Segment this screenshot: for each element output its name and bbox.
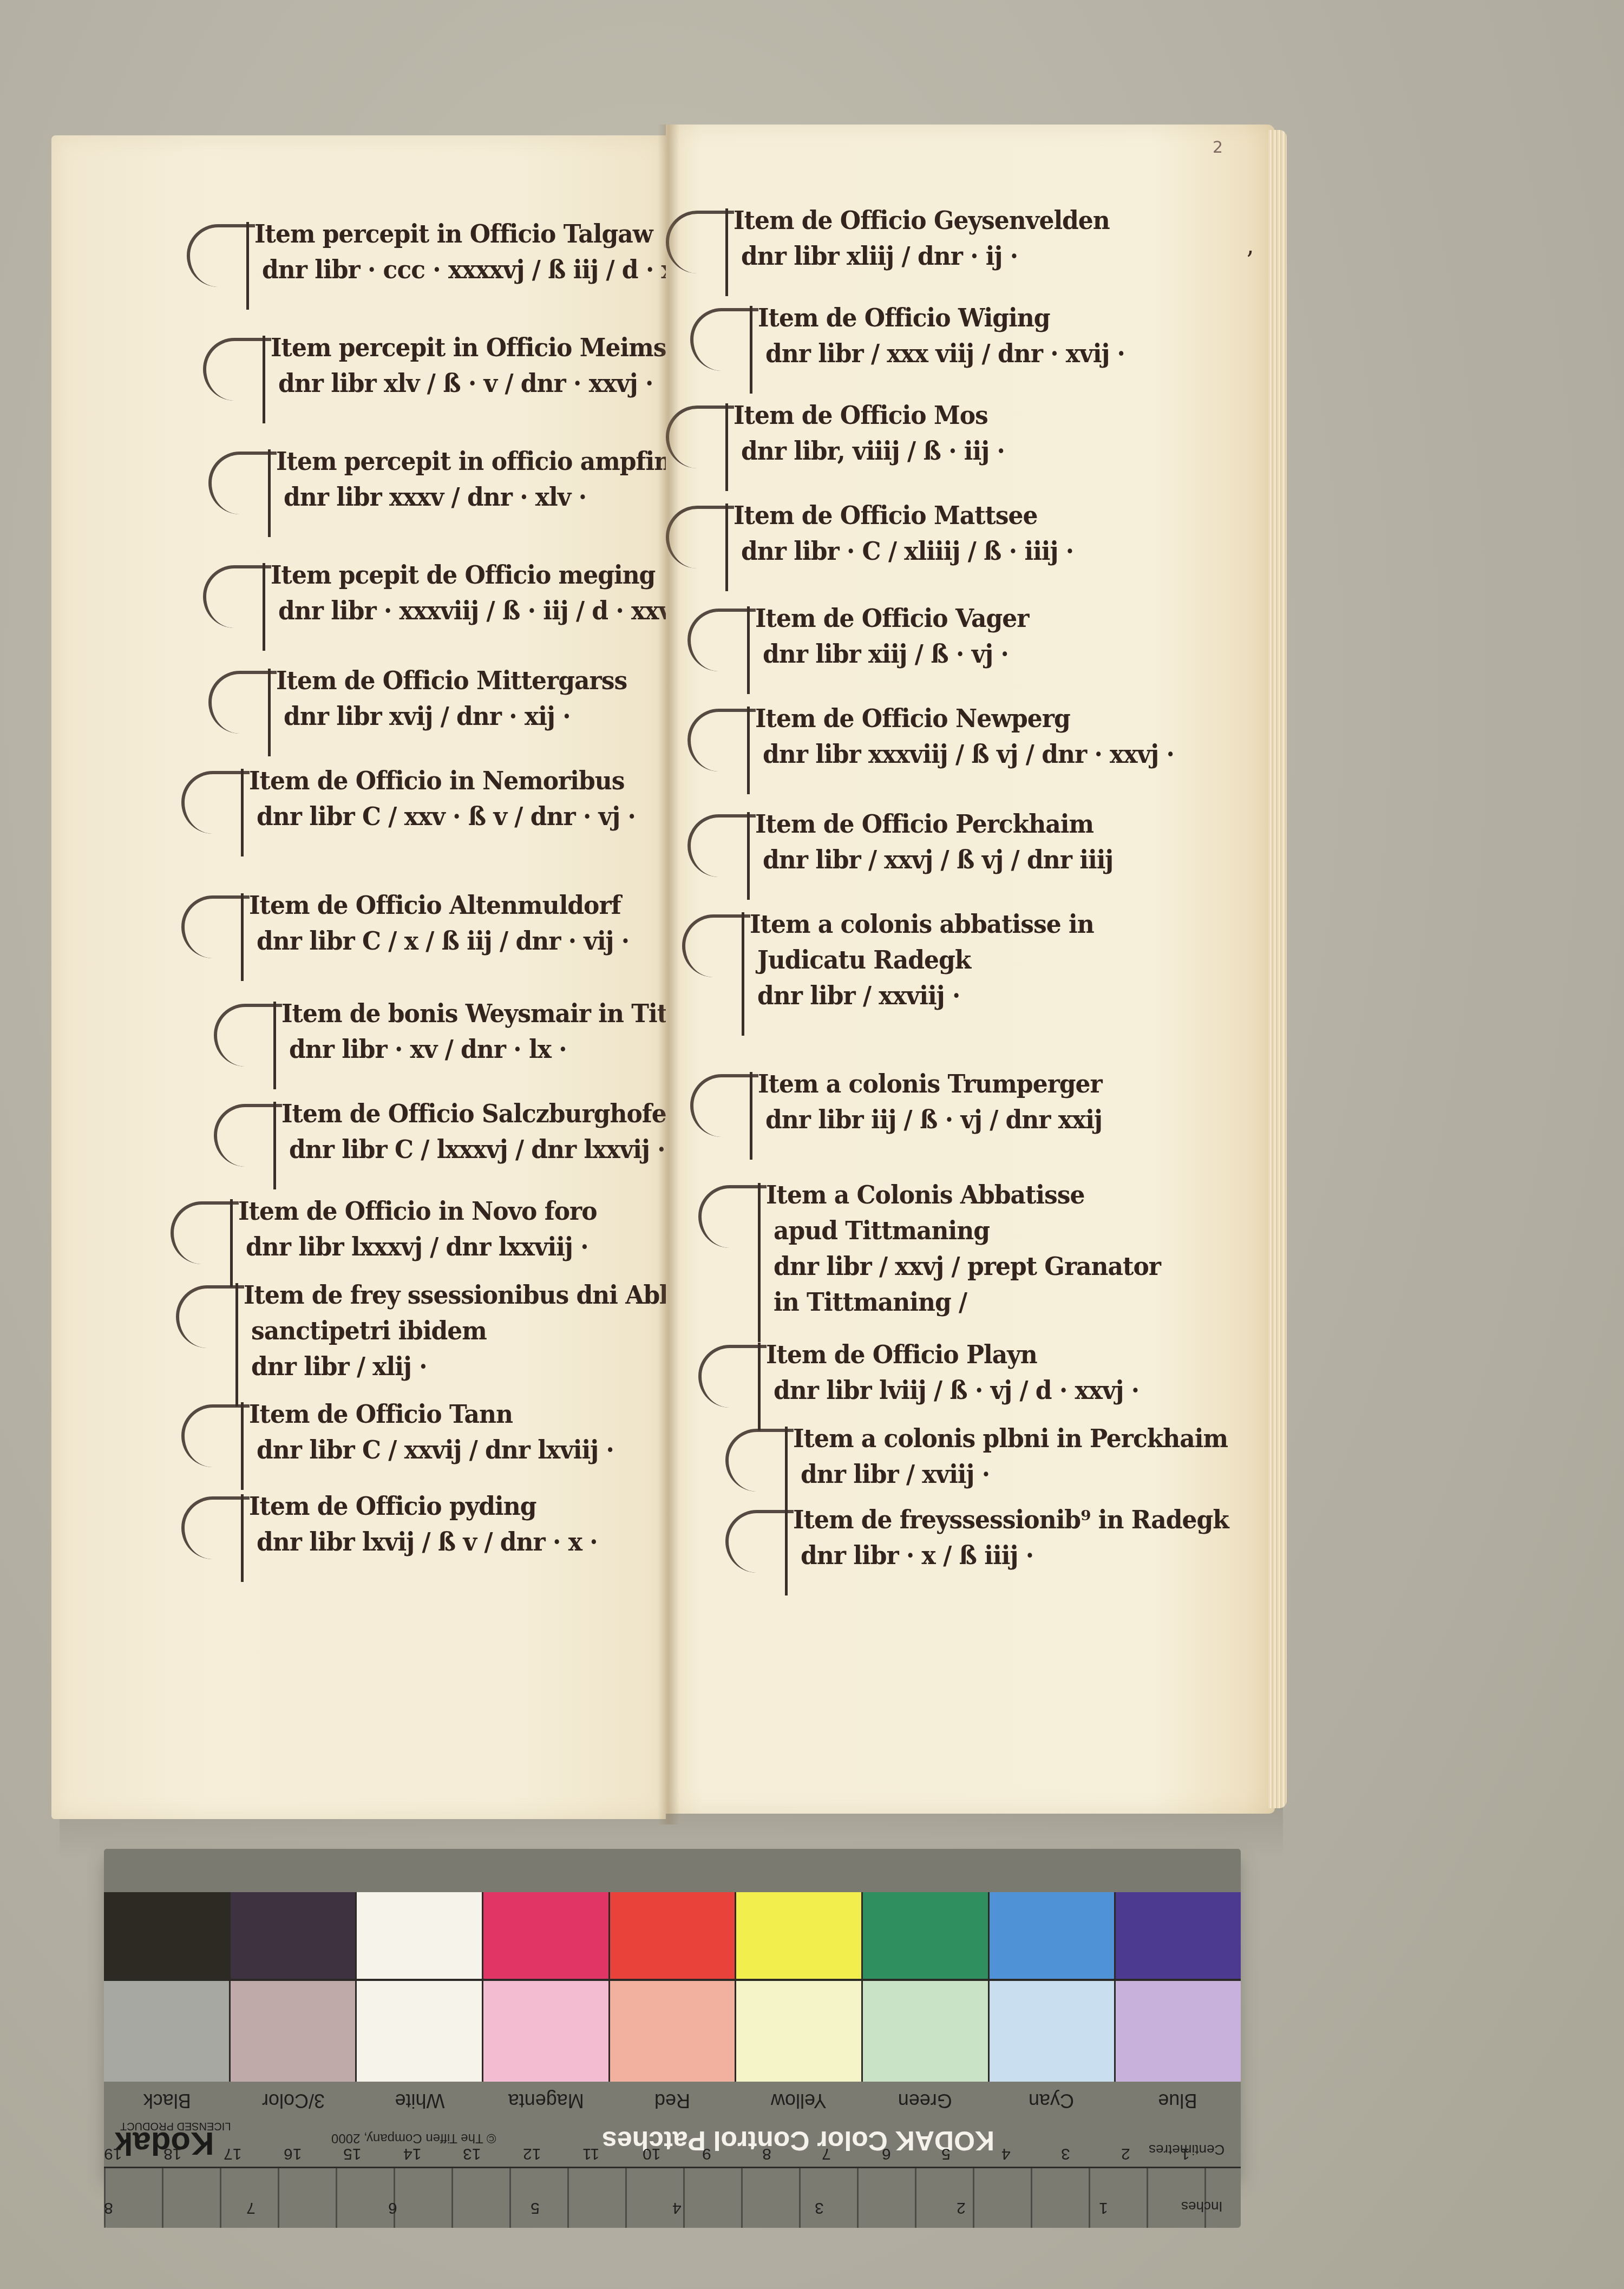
full-color-swatch [863,1892,988,1981]
tint-swatch [231,1981,356,2082]
margin-mark: ʼ [1245,246,1253,276]
patch-label: Cyan [988,2082,1114,2120]
item-bracket-icon [682,914,750,977]
entry-line: dnr libr xliij / dnr · ij · [734,238,1110,275]
color-patch-black [104,1892,231,2082]
cm-tick-label: 8 [762,2136,822,2163]
fore-edge [1268,130,1287,1808]
item-initial-stem [273,1002,276,1089]
entry-line: dnr libr lxvij / ß v / dnr · x · [249,1523,598,1561]
entry-line: dnr libr C / xxv · ß v / dnr · vj · [249,798,636,835]
item-bracket-icon [687,709,756,771]
entry-line: dnr libr xlv / ß · v / dnr · xxvj · [271,365,680,402]
book-gutter [658,125,679,1824]
item-initial-stem [758,1183,761,1342]
entry-heading: Item de Officio Mittergarss [276,662,627,699]
item-bracket-icon [181,1496,250,1559]
inch-tick-label: 7 [246,2190,389,2217]
entry-lines: Item percepit in officio ampfingdnr libr… [276,444,687,515]
entry-lines: Item a colonis plbni in Perckhaimdnr lib… [793,1421,1228,1493]
tint-swatch [990,1981,1115,2082]
licensed-product-label: LICENSED PRODUCT [120,2120,231,2132]
patch-label: Magenta [483,2082,609,2120]
item-initial-stem [747,812,750,900]
entry-heading: Item de Officio Perckhaim [755,806,1113,843]
color-patch-3-color [231,1892,357,2082]
item-bracket-icon [203,338,271,401]
item-initial-stem [268,669,271,756]
tint-swatch [357,1981,482,2082]
item-bracket-icon [176,1285,244,1348]
item-initial-stem [725,403,728,491]
entry-lines: Item de Officio Mattseednr libr · C / xl… [734,498,1073,570]
entry-line: dnr libr C / x / ß iij / dnr · vij · [249,923,629,960]
entry-heading: Item de Officio Playn [766,1336,1139,1374]
manuscript-spread: Item percepit in Officio Talgawdnr libr … [51,125,1302,1824]
entry-line: dnr libr / xxviij · [750,977,1094,1015]
item-bracket-icon [208,671,277,734]
entry-heading: Item a Colonis Abbatisse [766,1176,1161,1214]
patch-label: Blue [1115,2082,1241,2120]
inch-tick-label: 3 [815,2190,957,2217]
entry-lines: Item de Officio Perckhaimdnr libr / xxvj… [755,807,1113,878]
entry-lines: Item de Officio Mosdnr libr, viiij / ß ·… [734,398,1005,469]
entry-heading: Item percepit in Officio Meimse [271,329,680,367]
item-initial-stem [725,208,728,296]
inch-tick-label: 2 [957,2190,1099,2217]
item-initial-stem [785,1427,788,1514]
full-color-swatch [990,1892,1115,1981]
item-initial-stem [263,563,265,651]
entry-lines: Item de Officio Vagerdnr libr xiij / ß ·… [755,601,1029,672]
entry-lines: Item percepit in Officio Talgawdnr libr … [254,217,725,288]
entry-line: dnr libr / xxvj / ß vj / dnr iiij [755,841,1113,879]
item-initial-stem [263,336,265,423]
cm-tick-label: 4 [1001,2136,1062,2163]
item-bracket-icon [171,1201,239,1264]
color-patch-white [357,1892,483,2082]
entry-lines: Item de Officio Playndnr libr lviij / ß … [766,1337,1139,1409]
full-color-swatch [1116,1892,1241,1981]
entry-lines: Item de Officio Salczburghofendnr libr C… [281,1096,683,1168]
color-patch-cyan [990,1892,1116,2082]
entry-heading: Item de Officio Altenmuldorf [249,887,629,924]
cm-tick-label: 13 [463,2136,523,2163]
item-initial-stem [268,449,271,537]
inch-tick-label: 5 [531,2190,673,2217]
item-initial-stem [758,1343,761,1430]
full-color-swatch [357,1892,482,1981]
entry-line: dnr libr C / lxxxvj / dnr lxxvij · [281,1131,683,1168]
item-initial-stem [742,912,744,1036]
entry-lines: Item de freyssessionib⁹ in Radegkdnr lib… [793,1502,1229,1574]
entry-lines: Item pcepit de Officio megingdnr libr · … [271,558,704,629]
entry-line: Judicatu Radegk [750,941,1094,979]
item-bracket-icon [187,224,255,287]
color-patch-green [863,1892,990,2082]
tint-swatch [863,1981,988,2082]
entry-line: dnr libr / xxvj / prept Granator [766,1248,1161,1285]
item-bracket-icon [181,771,250,834]
cm-tick-label: 19 [104,2136,164,2163]
item-initial-stem [785,1508,788,1595]
item-bracket-icon [214,1004,282,1067]
color-patch-magenta [483,1892,610,2082]
entry-heading: Item a colonis abbatisse in [750,906,1094,943]
entry-line: dnr libr · C / xliiij / ß · iiij · [734,533,1073,570]
color-patch-blue [1116,1892,1241,2082]
entry-line: dnr libr · xxxviij / ß · iij / d · xxvij… [271,592,704,630]
entry-line: dnr libr lxxxvj / dnr lxxviij · [238,1228,597,1266]
color-patches [104,1892,1241,2082]
entry-heading: Item pcepit de Officio meging [271,557,704,594]
patch-label: White [357,2082,483,2120]
color-patch-red [610,1892,737,2082]
entry-heading: Item percepit in Officio Talgaw [254,215,725,253]
item-initial-stem [273,1102,276,1189]
item-bracket-icon [698,1185,767,1248]
patch-label: Yellow [736,2082,862,2120]
entry-heading: Item de Officio Wiging [758,299,1125,337]
entry-lines: Item de Officio Geysenveldendnr libr xli… [734,203,1110,274]
inches-label: Inches [1181,2198,1223,2215]
entry-line: dnr libr xvij / dnr · xij · [276,698,627,735]
entry-heading: Item de Officio Vager [755,600,1029,637]
entry-line: dnr libr · x / ß iiij · [793,1537,1229,1574]
entry-line: dnr libr xxxv / dnr · xlv · [276,479,687,516]
inch-tick-label: 8 [104,2190,246,2217]
item-initial-stem [747,606,750,694]
tint-swatch [610,1981,735,2082]
chart-top-strip [104,1849,1241,1892]
entry-heading: Item de Officio Newperg [755,700,1174,737]
cm-tick-label: 1 [1181,2136,1241,2163]
cm-tick-label: 10 [643,2136,703,2163]
entry-line: dnr libr, viiij / ß · iij · [734,433,1005,470]
item-bracket-icon [687,814,756,877]
tint-swatch [483,1981,608,2082]
item-initial-stem [750,1072,752,1160]
entry-heading: Item de Officio in Nemoribus [249,762,636,800]
entry-line: dnr libr iij / ß · vj / dnr xxij [758,1101,1102,1139]
full-color-swatch [231,1892,356,1981]
cm-tick-label: 12 [523,2136,583,2163]
patch-label: Black [104,2082,230,2120]
full-color-swatch [104,1892,229,1981]
entry-line: dnr libr / xxx viij / dnr · xvij · [758,335,1125,372]
item-initial-stem [725,503,728,591]
entry-lines: Item a Colonis Abbatisseapud Tittmaningd… [766,1178,1161,1320]
item-initial-stem [750,306,752,394]
item-bracket-icon [181,1404,250,1467]
entry-line: dnr libr / xviij · [793,1456,1228,1493]
item-bracket-icon [690,1074,758,1137]
item-bracket-icon [690,308,758,371]
entry-lines: Item a colonis abbatisse inJudicatu Rade… [750,907,1094,1014]
item-initial-stem [241,893,244,981]
full-color-swatch [736,1892,861,1981]
tint-swatch [104,1981,229,2082]
entry-lines: Item percepit in Officio Meimsednr libr … [271,330,680,402]
patch-label: Green [862,2082,988,2120]
entry-heading: Item de Officio in Novo foro [238,1193,597,1230]
item-initial-stem [230,1199,233,1287]
item-initial-stem [241,769,244,856]
centimetre-scale: 12345678910111213141516171819 [104,2136,1241,2163]
entry-lines: Item de Officio Mittergarssdnr libr xvij… [276,663,627,735]
entry-lines: Item de Officio Altenmuldorfdnr libr C /… [249,888,629,959]
entry-heading: Item percepit in officio ampfing [276,443,687,480]
left-page: Item percepit in Officio Talgawdnr libr … [51,135,666,1819]
entry-lines: Item a colonis Trumpergerdnr libr iij / … [758,1067,1102,1138]
entry-heading: Item de Officio Mos [734,397,1005,434]
entry-line: dnr libr xxxviij / ß vj / dnr · xxvj · [755,736,1174,773]
right-page: Item de Officio Geysenveldendnr libr xli… [666,125,1275,1814]
cm-tick-label: 16 [284,2136,344,2163]
entry-heading: Item de freyssessionib⁹ in Radegk [793,1501,1229,1539]
entry-heading: Item de Officio Geysenvelden [734,202,1110,239]
entry-heading: Item de Officio Tann [249,1396,614,1433]
item-bracket-icon [203,565,271,628]
entry-lines: Item de Officio pydingdnr libr lxvij / ß… [249,1489,598,1560]
patch-label: Red [609,2082,735,2120]
entry-heading: Item de frey ssessionibus dni Abbatis [244,1277,722,1314]
full-color-swatch [610,1892,735,1981]
item-bracket-icon [687,609,756,671]
cm-tick-label: 15 [343,2136,403,2163]
entry-lines: Item de Officio Tanndnr libr C / xxvij /… [249,1397,614,1468]
kodak-color-chart: BlueCyanGreenYellowRedMagentaWhite3/Colo… [104,1849,1241,2174]
entry-line: dnr libr lviij / ß · vj / d · xxvj · [766,1372,1139,1409]
entry-heading: Item de Officio Mattsee [734,497,1073,534]
cm-tick-label: 11 [582,2136,643,2163]
cm-tick-label: 5 [941,2136,1001,2163]
patch-labels: BlueCyanGreenYellowRedMagentaWhite3/Colo… [104,2082,1241,2120]
entry-heading: Item de Officio pyding [249,1488,598,1525]
entry-heading: Item a colonis Trumperger [758,1065,1102,1103]
entry-lines: Item de frey ssessionibus dni Abbatissan… [244,1278,722,1385]
item-bracket-icon [725,1510,794,1573]
entry-line: dnr libr C / xxvij / dnr lxviij · [249,1431,614,1469]
item-initial-stem [235,1283,238,1407]
measurement-ruler: 12345678910111213141516171819 12345678 I… [104,2167,1241,2228]
patch-label: 3/Color [230,2082,356,2120]
item-bracket-icon [214,1104,282,1167]
item-initial-stem [241,1494,244,1582]
inch-tick-label: 4 [672,2190,815,2217]
entry-line: in Tittmaning / [766,1284,1161,1321]
cm-tick-label: 18 [163,2136,224,2163]
cm-tick-label: 14 [403,2136,463,2163]
item-initial-stem [241,1402,244,1490]
tint-swatch [736,1981,861,2082]
entry-lines: Item de Officio in Novo forodnr libr lxx… [238,1194,597,1265]
item-bracket-icon [181,895,250,958]
entry-lines: Item de Officio Wigingdnr libr / xxx vii… [758,300,1125,372]
item-initial-stem [246,222,249,310]
entry-heading: Item a colonis plbni in Perckhaim [793,1420,1228,1457]
inch-tick-label: 6 [388,2190,531,2217]
full-color-swatch [483,1892,608,1981]
entry-heading: Item de Officio Salczburghofen [281,1095,683,1133]
inch-scale: 12345678 [104,2190,1241,2217]
folio-number: 2 [1213,138,1223,157]
item-bracket-icon [698,1345,767,1408]
tint-swatch [1116,1981,1241,2082]
cm-tick-label: 17 [224,2136,284,2163]
entry-lines: Item de Officio Newpergdnr libr xxxviij … [755,701,1174,773]
item-initial-stem [747,707,750,794]
cm-tick-label: 7 [822,2136,882,2163]
cm-tick-label: 6 [882,2136,942,2163]
cm-tick-label: 2 [1121,2136,1181,2163]
color-patch-yellow [736,1892,863,2082]
entry-line: dnr libr / xlij · [244,1348,722,1385]
entry-lines: Item de Officio in Nemoribusdnr libr C /… [249,763,636,835]
entry-line: dnr libr · ccc · xxxxvj / ß iij / d · xx… [254,251,725,289]
entry-line: dnr libr xiij / ß · vj · [755,636,1029,673]
cm-tick-label: 3 [1061,2136,1121,2163]
item-bracket-icon [725,1429,794,1492]
entry-line: sanctipetri ibidem [244,1312,722,1350]
item-bracket-icon [208,452,277,514]
entry-line: apud Tittmaning [766,1212,1161,1250]
cm-tick-label: 9 [702,2136,762,2163]
